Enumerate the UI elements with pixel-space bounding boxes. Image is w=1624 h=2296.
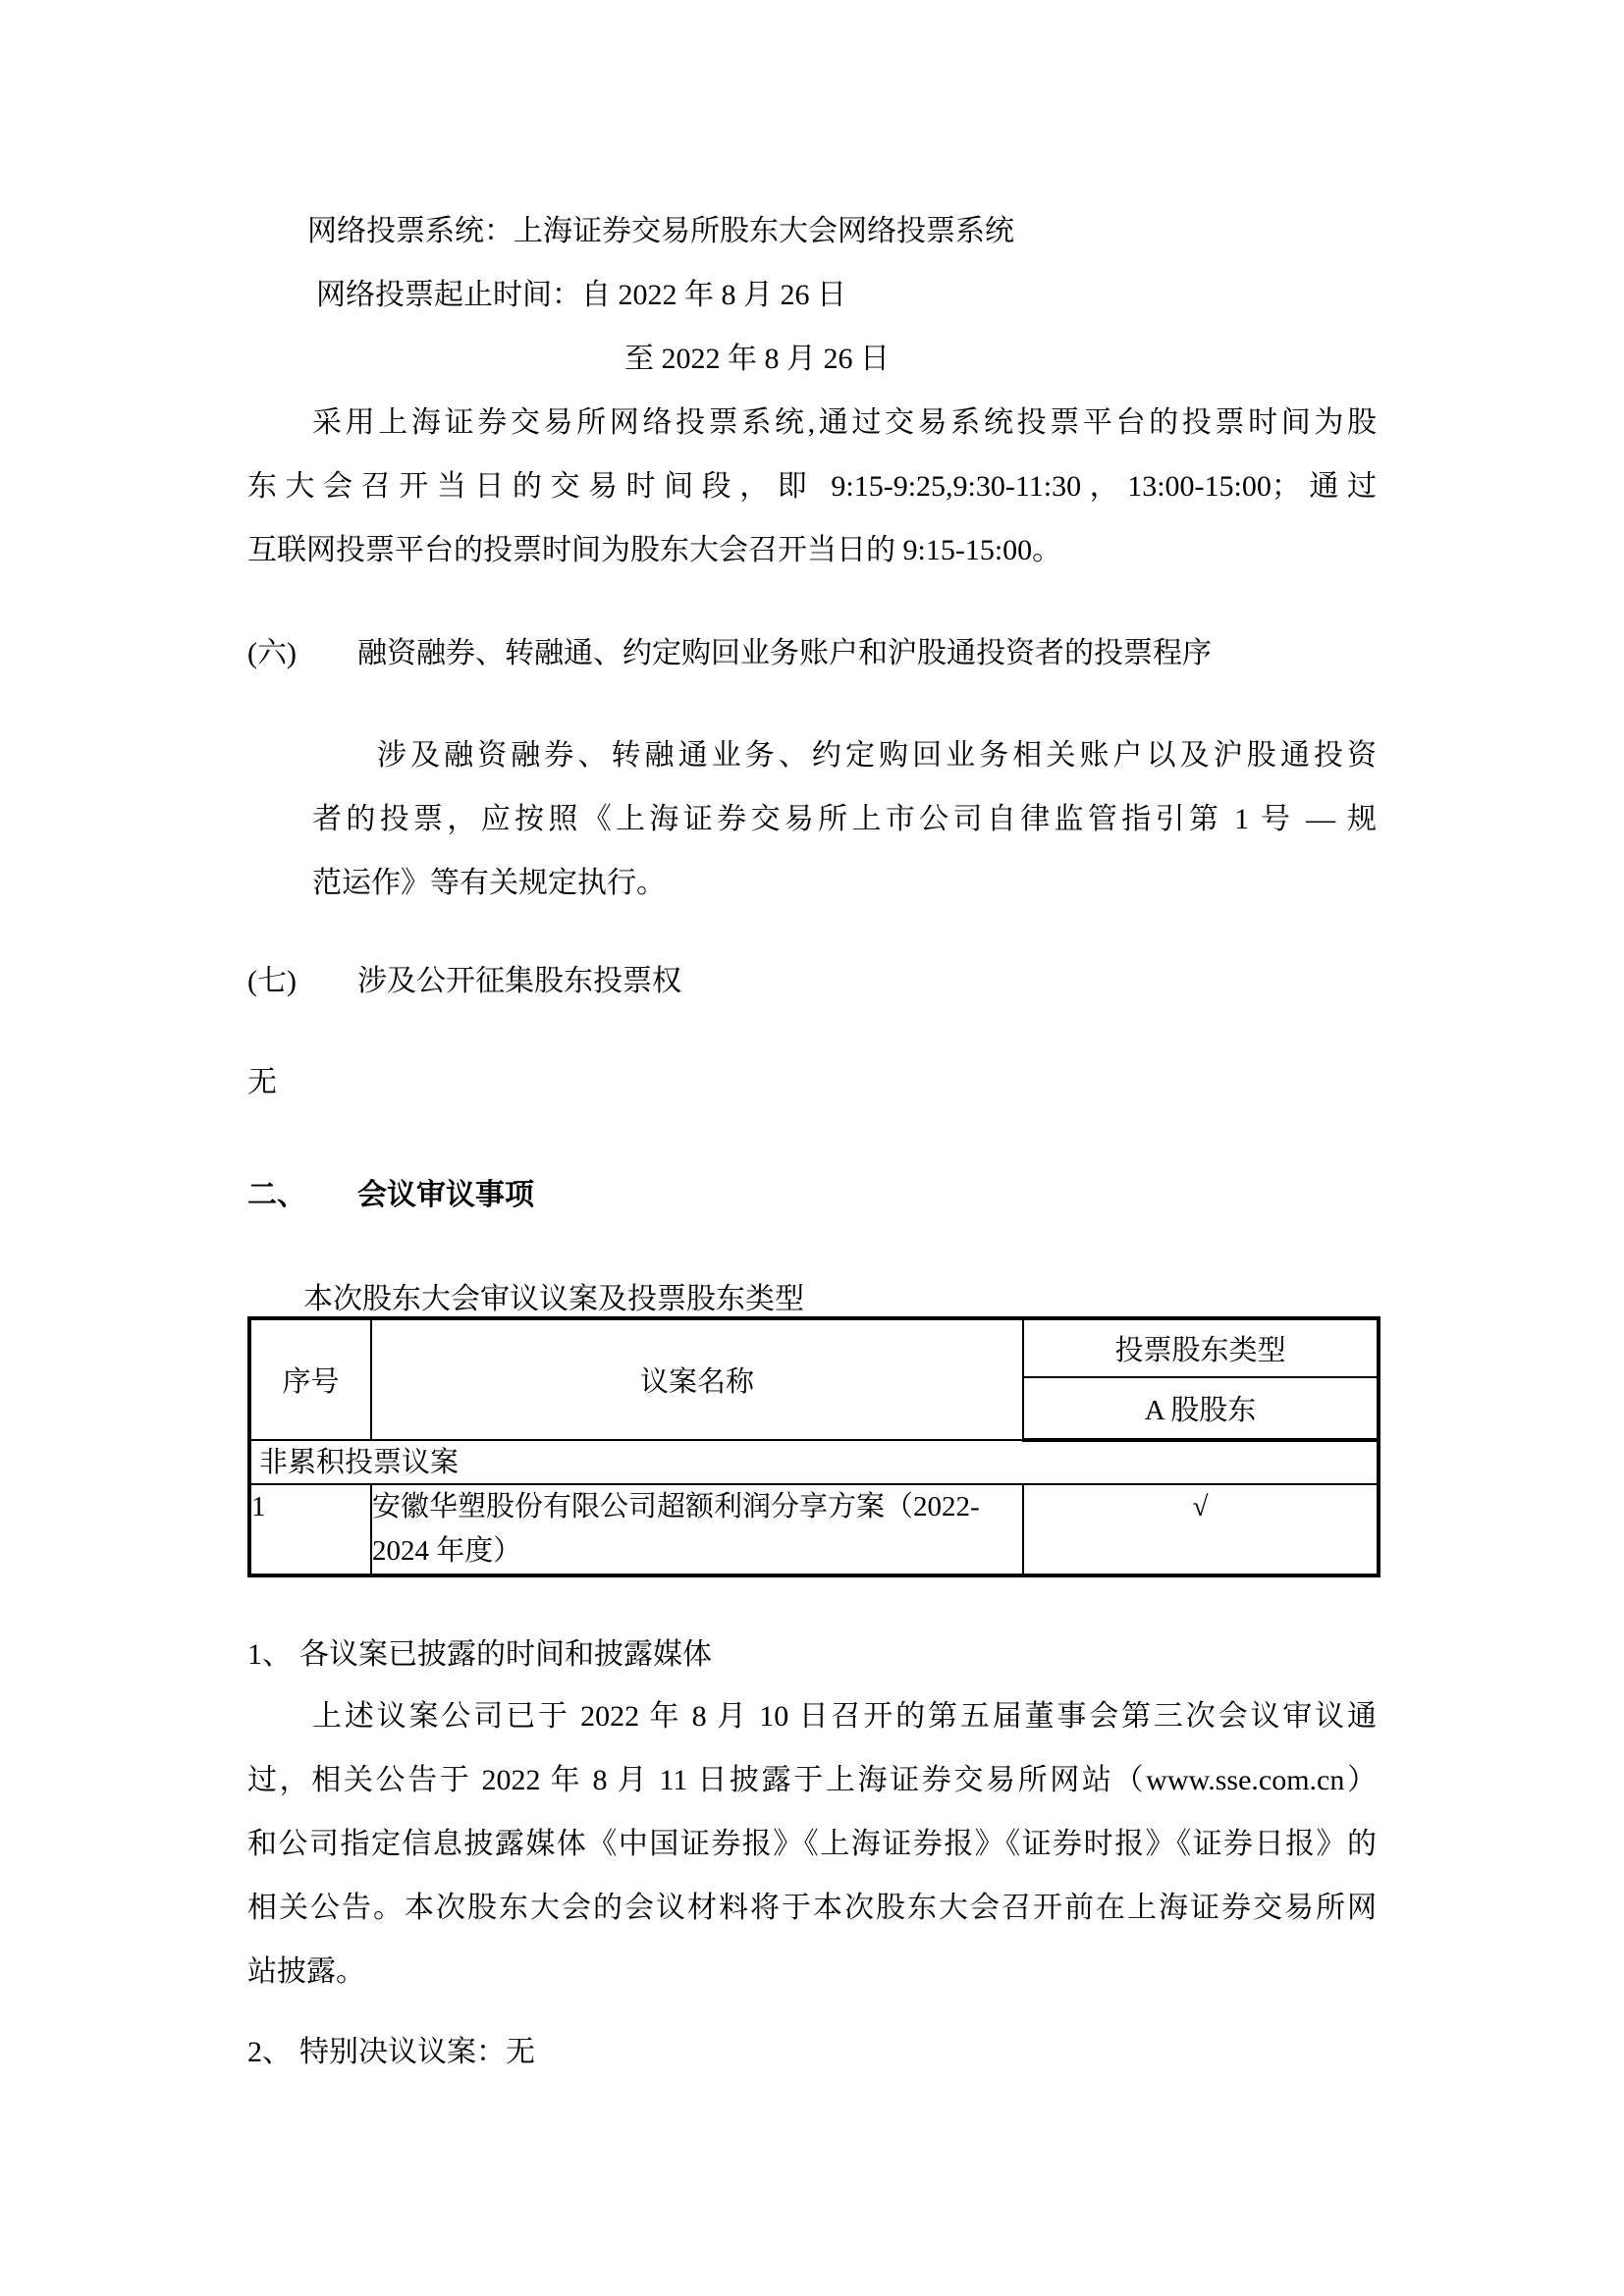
none-text: 无: [247, 1050, 1377, 1114]
section-2-label: 二、: [247, 1163, 357, 1227]
item-1-para-line-3: 和公司指定信息披露媒体《中国证券报》《上海证券报》《证券时报》《证券日报》的: [247, 1812, 1377, 1876]
item-2-title: 特别决议议案：无: [299, 2036, 535, 2068]
section-6-title: 融资融券、转融通、约定购回业务账户和沪股通投资者的投票程序: [357, 637, 1212, 669]
row-seq: 1: [249, 1484, 371, 1575]
section-7-title: 涉及公开征集股东投票权: [357, 965, 681, 997]
header-proposal-name: 议案名称: [371, 1318, 1023, 1440]
row-proposal-name-line-1: 安徽华塑股份有限公司超额利润分享方案（2022-: [372, 1485, 1022, 1529]
section-6-para-line-2: 者的投票，应按照《上海证券交易所上市公司自律监管指引第 1 号 — 规: [312, 787, 1377, 851]
table-caption: 本次股东大会审议议案及投票股东类型: [247, 1279, 1377, 1320]
voting-time-para-line-1: 采用上海证券交易所网络投票系统,通过交易系统投票平台的投票时间为股: [247, 391, 1377, 454]
item-1-heading: 1、各议案已披露的时间和披露媒体: [247, 1623, 1377, 1686]
document-page: 网络投票系统：上海证券交易所股东大会网络投票系统 网络投票起止时间：自 2022…: [0, 0, 1624, 2296]
section-7-heading: (七)涉及公开征集股东投票权: [247, 949, 1377, 1013]
proposal-table: 序号 议案名称 投票股东类型 A 股股东 非累积投票议案 1 安徽华塑股份有限公…: [247, 1316, 1380, 1577]
header-voter-type-group: 投票股东类型: [1023, 1318, 1379, 1377]
voting-time-para-line-3: 互联网投票平台的投票时间为股东大会召开当日的 9:15-15:00。: [247, 518, 1377, 582]
voting-period-start-line: 网络投票起止时间：自 2022 年 8 月 26 日: [247, 263, 1377, 327]
item-1-paragraph: 上述议案公司已于 2022 年 8 月 10 日召开的第五届董事会第三次会议审议…: [247, 1684, 1377, 2003]
row-proposal-name-line-2: 2024 年度）: [372, 1529, 1022, 1574]
item-1-para-line-5: 站披露。: [247, 1940, 1377, 2003]
item-1-para-line-1: 上述议案公司已于 2022 年 8 月 10 日召开的第五届董事会第三次会议审议…: [247, 1684, 1377, 1748]
section-2-heading: 二、会议审议事项: [247, 1163, 1377, 1227]
section-2-title: 会议审议事项: [357, 1179, 534, 1211]
item-1-title: 各议案已披露的时间和披露媒体: [299, 1638, 712, 1671]
item-1-label: 1、: [247, 1623, 299, 1686]
section-6-heading: (六)融资融券、转融通、约定购回业务账户和沪股通投资者的投票程序: [247, 621, 1377, 685]
table-caption-block: 本次股东大会审议议案及投票股东类型: [247, 1279, 1377, 1320]
header-seq: 序号: [249, 1318, 371, 1440]
item-1-para-line-4: 相关公告。本次股东大会的会议材料将于本次股东大会召开前在上海证券交易所网: [247, 1876, 1377, 1940]
table-row: 1 安徽华塑股份有限公司超额利润分享方案（2022- 2024 年度） √: [249, 1484, 1379, 1575]
section-6-para-line-1: 涉及融资融券、转融通业务、约定购回业务相关账户以及沪股通投资: [312, 723, 1377, 787]
proposal-table-block: 序号 议案名称 投票股东类型 A 股股东 非累积投票议案 1 安徽华塑股份有限公…: [247, 1316, 1377, 1577]
item-1-para-line-2: 过，相关公告于 2022 年 8 月 11 日披露于上海证券交易所网站（www.…: [247, 1748, 1377, 1812]
voting-period-end-line: 至 2022 年 8 月 26 日: [247, 327, 1377, 391]
section-7-label: (七): [247, 949, 357, 1013]
section-6-para-line-3: 范运作》等有关规定执行。: [312, 851, 1377, 915]
item-2-heading: 2、特别决议议案：无: [247, 2020, 1377, 2084]
row-a-share-check: √: [1023, 1484, 1379, 1575]
section-6-paragraph: 涉及融资融券、转融通业务、约定购回业务相关账户以及沪股通投资 者的投票，应按照《…: [312, 723, 1377, 915]
header-a-share: A 股股东: [1023, 1377, 1379, 1440]
table-group-row: 非累积投票议案: [249, 1440, 1379, 1484]
voting-info-block: 网络投票系统：上海证券交易所股东大会网络投票系统 网络投票起止时间：自 2022…: [247, 199, 1377, 582]
section-6-label: (六): [247, 621, 357, 685]
voting-system-line: 网络投票系统：上海证券交易所股东大会网络投票系统: [247, 199, 1377, 263]
item-2-label: 2、: [247, 2020, 299, 2084]
row-proposal-name: 安徽华塑股份有限公司超额利润分享方案（2022- 2024 年度）: [371, 1484, 1023, 1575]
section-7-content: 无: [247, 1050, 1377, 1114]
group-row-label: 非累积投票议案: [249, 1440, 1379, 1484]
voting-time-para-line-2: 东大会召开当日的交易时间段，即 9:15-9:25,9:30-11:30，13:…: [247, 454, 1377, 518]
